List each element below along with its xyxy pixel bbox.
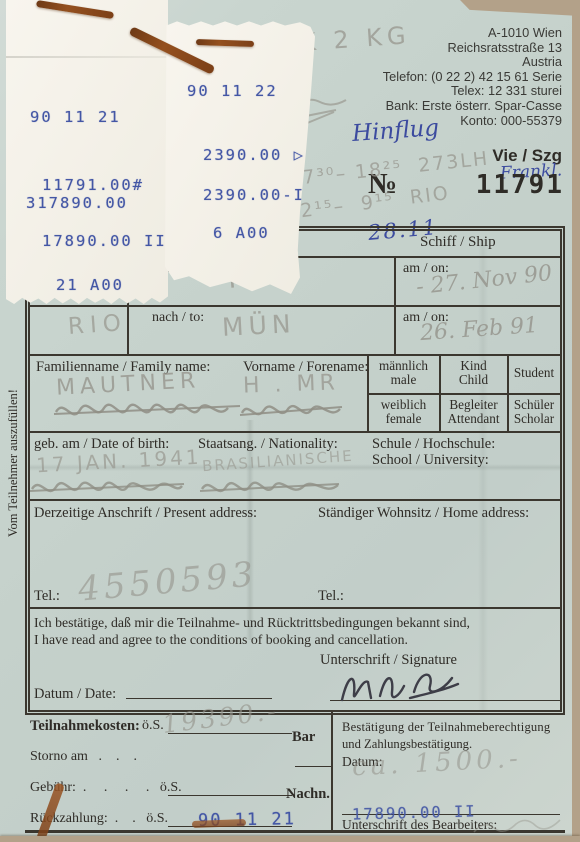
home-address-label: Ständiger Wohnsitz / Home address: xyxy=(318,505,529,522)
cell-female-de: weiblich xyxy=(368,398,439,412)
receipt1-count: 21 A00 xyxy=(56,276,124,294)
grid-line xyxy=(394,256,396,354)
receipt1-amount-1: 11791.00# xyxy=(42,176,144,194)
grid-line xyxy=(30,607,560,609)
tel-label: Tel.: xyxy=(34,588,60,605)
amount-stamp: 17890.00 II xyxy=(352,802,477,823)
cell-scholar: Schüler Scholar xyxy=(508,398,560,427)
grid-line xyxy=(30,354,560,356)
row2-from-value-handwritten: RIO xyxy=(67,310,128,340)
cell-female: weiblich female xyxy=(368,398,439,427)
cod-label: Nachn. xyxy=(286,786,330,803)
agreement-text-en: I have read and agree to the conditions … xyxy=(34,632,554,648)
cell-scholar-de: Schüler xyxy=(508,398,560,412)
agreement-text-de: Ich bestätige, daß mir die Teilnahme- un… xyxy=(34,615,554,631)
cell-female-en: female xyxy=(368,412,439,426)
present-address-label: Derzeitige Anschrift / Present address: xyxy=(34,505,257,522)
confirmation-line-1: Bestätigung der Teilnahmeberechtigung xyxy=(342,720,562,735)
grid-line xyxy=(331,711,333,832)
cell-attendant-en: Attendant xyxy=(440,412,507,426)
cell-attendant: Begleiter Attendant xyxy=(440,398,507,427)
grid-line xyxy=(30,305,560,307)
receipt2-count: 6 A00 xyxy=(213,224,270,242)
receipt1-amount-3: 17890.00 II xyxy=(42,232,167,250)
row2-to-label: nach / to: xyxy=(152,310,204,326)
receipt1-date: 90 11 21 xyxy=(30,108,121,126)
date-label: Datum / Date: xyxy=(34,686,116,703)
scanner-edge xyxy=(572,0,580,842)
grid-line xyxy=(367,393,560,395)
grid-line xyxy=(30,431,560,433)
crossed-out-scribble xyxy=(52,396,247,424)
scanned-booking-form: Vom Teilnehmer auszufüllen! A-1010 Wien … xyxy=(0,0,580,842)
storno-label: Storno am . . . xyxy=(30,749,137,765)
cell-male-en: male xyxy=(368,373,439,387)
scanner-edge xyxy=(0,836,580,842)
row2-to-value-handwritten: MÜN xyxy=(221,309,296,342)
sidebar-note: Vom Teilnehmer auszufüllen! xyxy=(6,343,22,583)
cell-attendant-de: Begleiter xyxy=(440,398,507,412)
cell-male-de: männlich xyxy=(368,359,439,373)
receipt2-amount-1: 2390.00 ▷ xyxy=(203,146,305,164)
fee-fill-line xyxy=(168,795,292,796)
cell-child-de: Kind xyxy=(440,359,507,373)
cell-child: Kind Child xyxy=(440,359,507,388)
cell-male: männlich male xyxy=(368,359,439,388)
school-label-en: School / University: xyxy=(372,452,495,468)
ship-column-header: Schiff / Ship xyxy=(420,234,496,251)
signature-handwritten xyxy=(336,664,466,706)
receipt-1: 90 11 21 11791.00# 317890.00 17890.00 II… xyxy=(6,0,168,304)
crossed-out-scribble xyxy=(238,398,348,424)
address-line: Telefon: (0 22 2) 42 15 61 Serie xyxy=(300,70,562,85)
receipt2-amount-2: 2390.00-II xyxy=(203,186,316,204)
receipt-crease xyxy=(6,56,168,58)
tel2-label: Tel.: xyxy=(318,588,344,605)
school-label: Schule / Hochschule: School / University… xyxy=(372,436,495,468)
receipt1-amount-2: 317890.00 xyxy=(26,194,128,212)
crossed-out-scribble xyxy=(28,474,188,500)
cell-student: Student xyxy=(508,366,560,380)
receipt2-date: 90 11 22 xyxy=(187,82,278,100)
cash-label: Bar xyxy=(292,729,315,746)
crossed-out-scribble xyxy=(198,474,343,500)
sidebar-note-text: Vom Teilnehmer auszufüllen! xyxy=(6,389,20,537)
school-label-de: Schule / Hochschule: xyxy=(372,436,495,452)
form-number: 11791 xyxy=(438,170,564,200)
forename-value-handwritten: H . MR xyxy=(243,370,340,398)
cell-scholar-en: Scholar xyxy=(508,412,560,426)
costs-label: Teilnahmekosten: xyxy=(30,718,140,735)
grid-line xyxy=(295,766,331,767)
address-line: Austria xyxy=(300,55,562,70)
costs-currency: ö.S. xyxy=(142,718,164,734)
cell-child-en: Child xyxy=(440,373,507,387)
